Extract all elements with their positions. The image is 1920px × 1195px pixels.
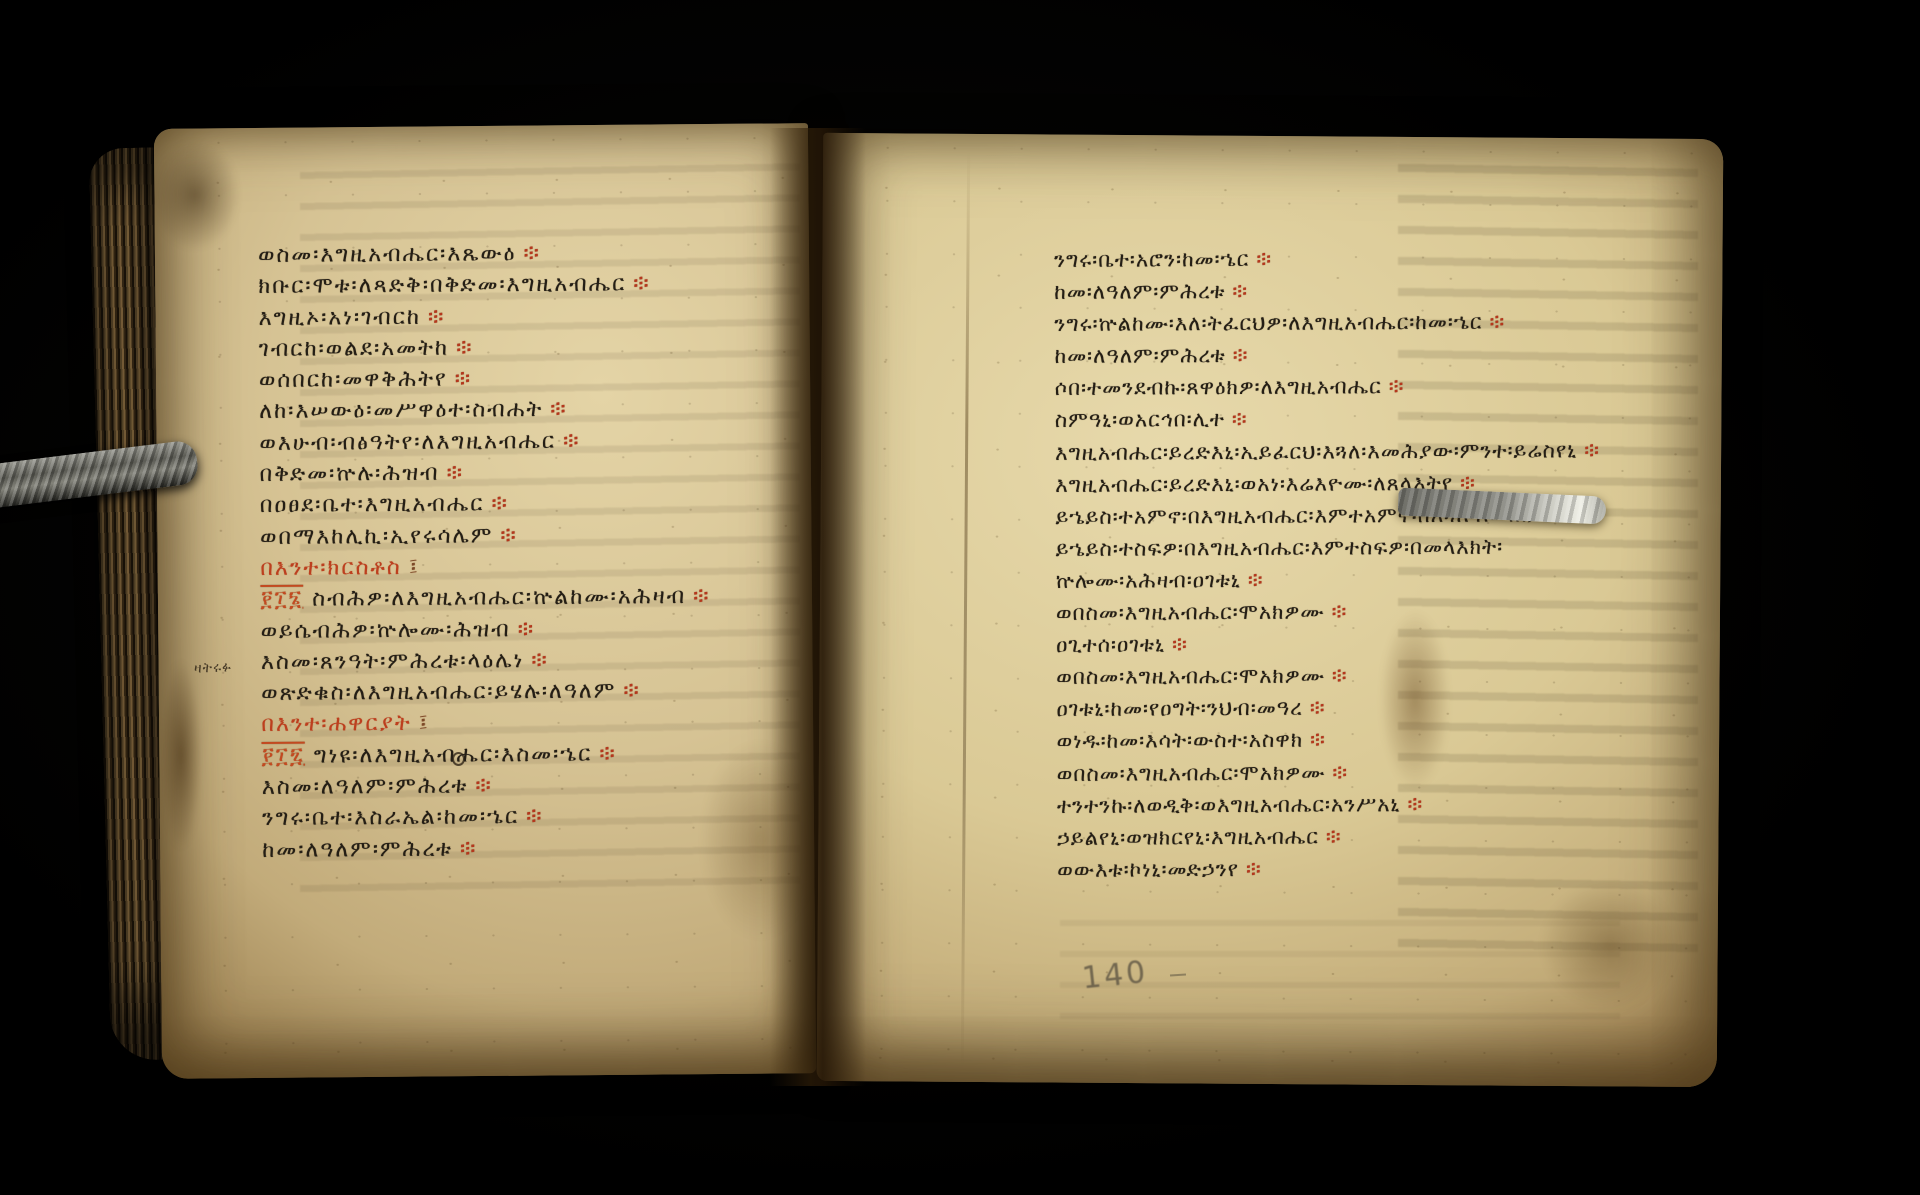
line-text: ኵሎሙ፡አሕዛብ፡ዐገቱኒ [1056, 568, 1241, 593]
line-text: ስምዓኒ፡ወአርኅበ፡ሊተ [1055, 408, 1225, 433]
text-line: ፻፲፮ስብሕዎ፡ለእግዚአብሔር፡ኵልከሙ፡አሕዛብ፨ [260, 584, 708, 618]
line-text: በእንተ፡ሐዋርያት [261, 711, 412, 737]
verse-separator-mark: ፨ [1331, 600, 1346, 624]
line-text: ለከ፡እሠውዕ፡መሥዋዕተ፡ስብሐት [259, 397, 543, 424]
stain [150, 140, 240, 250]
line-text: በእንተ፡ክርስቶስ [260, 555, 402, 581]
line-text: በዐፀደ፡ቤተ፡እግዚአብሔር [260, 492, 485, 519]
line-text: ሶበ፡ተመንደብኩ፡ጸዋዕክዎ፡ለእግዚአብሔር [1055, 375, 1382, 401]
line-text: ተንተንኩ፡ለወዲቅ፡ወእግዚአብሔር፡አንሥአኒ [1057, 792, 1401, 818]
text-line: ከመ፡ለዓለም፡ምሕረቱ፨ [262, 834, 710, 868]
verse-separator-mark: ፨ [526, 804, 542, 829]
line-text: ወይሴብሕዎ፡ኵሎሙ፡ሕዝብ [261, 617, 511, 644]
line-text: እግዚኦ፡አነ፡ገብርከ [258, 304, 421, 330]
text-line: ከመ፡ለዓለም፡ምሕረቱ፨ [1055, 341, 1599, 376]
line-text: ወበማእከሊኪ፡ኢየሩሳሌም [260, 523, 493, 550]
line-text: ወጽድቁስ፡ለእግዚአብሔር፡ይሄሉ፡ለዓለም [261, 679, 616, 706]
stain [160, 660, 202, 850]
verse-separator-mark: ፤ [409, 555, 418, 580]
text-line: ዐገቱኒ፡ከመ፡የዐግት፡ንህብ፡መዓረ፨ [1056, 694, 1600, 729]
verse-separator-mark: ፨ [456, 335, 472, 360]
verse-separator-mark: ፨ [623, 679, 639, 704]
text-line: እስመ፡ጸንዓት፡ምሕረቱ፡ላዕሌነ፨ [261, 647, 709, 681]
verse-separator-mark: ፨ [1248, 568, 1263, 592]
verse-separator-mark: ፨ [1310, 728, 1325, 752]
line-text: ወውእቱ፡ኮነኒ፡መድኃንየ [1057, 857, 1239, 882]
line-text: ንግሩ፡ቤተ፡አሮን፡ከመ፡ኄር [1054, 247, 1249, 272]
text-line: ወበስመ፡እግዚአብሔር፡ሞአክዎሙ፨ [1056, 598, 1600, 633]
text-line: ተንተንኩ፡ለወዲቅ፡ወእግዚአብሔር፡አንሥአኒ፨ [1057, 791, 1601, 826]
verse-separator-mark: ፨ [1326, 824, 1341, 848]
text-line: ለከ፡እሠውዕ፡መሥዋዕተ፡ስብሐት፨ [259, 396, 707, 430]
line-text: ዐጊተሰ፡ዐገቱኒ [1056, 633, 1165, 658]
text-line: ንግሩ፡ቤተ፡አሮን፡ከመ፡ኄር፨ [1054, 245, 1598, 280]
line-text: ወሰበርከ፡መዋቅሕትየ [259, 367, 448, 393]
verse-separator-mark: ፨ [491, 492, 507, 517]
text-line: ወበማእከሊኪ፡ኢየሩሳሌም፨ [260, 522, 708, 556]
text-line: ወስመ፡እግዚአብሔር፡እጼውዕ፨ [258, 240, 706, 274]
verse-separator-mark: ፨ [1407, 792, 1422, 816]
line-text: ወበስመ፡እግዚአብሔር፡ሞአክዎሙ [1057, 760, 1326, 785]
right-page-text: ንግሩ፡ቤተ፡አሮን፡ከመ፡ኄር፨ከመ፡ለዓለም፡ምሕረቱ፨ንግሩ፡ኵልከሙ፡እ… [1054, 245, 1601, 890]
line-text: ንግሩ፡ቤተ፡እስራኤል፡ከመ፡ኄር [262, 805, 519, 832]
photo-background: ወስመ፡እግዚአብሔር፡እጼውዕ፨ክቡር፡ሞቱ፡ለጻድቅ፡በቅድመ፡እግዚአብሔ… [0, 0, 1920, 1195]
verse-separator-mark: ፨ [428, 304, 444, 329]
verse-separator-mark: ፨ [475, 773, 491, 798]
verse-separator-mark: ፨ [1584, 438, 1599, 462]
text-line: ፻፲፯ግነዩ፡ለእግዚአብሔር፡እስመ፡ኄር፨ [261, 741, 709, 775]
text-line: ወእሁብ፡ብፅዓትየ፡ለእግዚአብሔር፨ [259, 428, 707, 462]
line-text: ክቡር፡ሞቱ፡ለጻድቅ፡በቅድመ፡እግዚአብሔር [258, 272, 626, 300]
left-page-text: ወስመ፡እግዚአብሔር፡እጼውዕ፨ክቡር፡ሞቱ፡ለጻድቅ፡በቅድመ፡እግዚአብሔ… [258, 240, 710, 869]
book-gutter-shadow [770, 128, 866, 1086]
line-text: ኃይልየኒ፡ወዝክርየኒ፡እግዚአብሔር [1057, 824, 1319, 849]
verse-separator-mark: ፨ [1172, 632, 1187, 656]
verse-separator-mark: ፨ [523, 241, 539, 266]
psalm-number: ፻፲፯ [261, 743, 304, 768]
verse-separator-mark: ፨ [455, 367, 471, 392]
line-text: ዐገቱኒ፡ከመ፡የዐግት፡ንህብ፡መዓረ [1056, 696, 1303, 721]
line-text: ገብርከ፡ወልደ፡አመትከ [259, 336, 449, 362]
text-line: ክቡር፡ሞቱ፡ለጻድቅ፡በቅድመ፡እግዚአብሔር፨ [258, 271, 706, 305]
verse-separator-mark: ፨ [500, 523, 516, 548]
verse-separator-mark: ፨ [1232, 407, 1247, 431]
line-text: እግዚአብሔር፡ይረድእኒ፡ኢይፈርህ፡እጓለ፡እመሕያው፡ምንተ፡ይሬስየኒ [1055, 438, 1577, 465]
line-text: ከመ፡ለዓለም፡ምሕረቱ [262, 836, 453, 862]
text-line: እግዚኦ፡አነ፡ገብርከ፨ [258, 302, 706, 336]
line-text: ስብሕዎ፡ለእግዚአብሔር፡ኵልከሙ፡አሕዛብ [312, 584, 686, 612]
text-line: ስምዓኒ፡ወአርኅበ፡ሊተ፨ [1055, 406, 1599, 441]
line-text: ግነዩ፡ለእግዚአብሔር፡እስመ፡ኄር [314, 741, 593, 768]
verse-separator-mark: ፨ [1332, 760, 1347, 784]
text-line: ወበስመ፡እግዚአብሔር፡ሞአክዎሙ፨ [1057, 759, 1601, 794]
text-line: ወይሴብሕዎ፡ኵሎሙ፡ሕዝብ፨ [261, 615, 709, 649]
text-line: እግዚአብሔር፡ይረድእኒ፡ኢይፈርህ፡እጓለ፡እመሕያው፡ምንተ፡ይሬስየኒ፨ [1055, 438, 1599, 473]
verse-separator-mark: ፨ [1232, 279, 1247, 303]
line-text: ወነዱ፡ከመ፡እሳት፡ውስተ፡አስዋክ [1057, 728, 1304, 753]
verse-separator-mark: ፨ [1246, 857, 1261, 881]
line-text: እስመ፡ጸንዓት፡ምሕረቱ፡ላዕሌነ [261, 648, 525, 675]
verse-separator-mark: ፨ [633, 272, 649, 297]
verse-separator-mark: ፨ [1310, 696, 1325, 720]
line-text: ከመ፡ለዓለም፡ምሕረቱ [1054, 279, 1225, 304]
text-line: እስመ፡ለዓለም፡ምሕረቱ፨ [262, 772, 710, 806]
verse-separator-mark: ፨ [1489, 310, 1504, 334]
text-line: ኃይልየኒ፡ወዝክርየኒ፡እግዚአብሔር፨ [1057, 823, 1601, 858]
verse-separator-mark: ፨ [693, 584, 709, 609]
verse-separator-mark: ፨ [1256, 247, 1271, 271]
line-text: ከመ፡ለዓለም፡ምሕረቱ [1055, 343, 1226, 368]
verse-separator-mark: ፨ [460, 836, 476, 861]
line-text: በቅድመ፡ኵሉ፡ሕዝብ [260, 461, 440, 487]
text-line: ከመ፡ለዓለም፡ምሕረቱ፨ [1054, 277, 1598, 312]
line-text: ንግሩ፡ኵልከሙ፡እለ፡ትፈርህዎ፡ለእግዚአብሔር፡ከመ፡ኄር [1054, 310, 1482, 336]
text-line: ወበስመ፡እግዚአብሔር፡ሞአክዎሙ፨ [1056, 662, 1600, 697]
text-line: በዐፀደ፡ቤተ፡እግዚአብሔር፨ [260, 490, 708, 524]
margin-note: ዛትሩፉ [194, 659, 233, 676]
verse-separator-mark: ፨ [531, 648, 547, 673]
text-line: ንግሩ፡ኵልከሙ፡እለ፡ትፈርህዎ፡ለእግዚአብሔር፡ከመ፡ኄር፨ [1054, 309, 1598, 344]
line-text: ወበስመ፡እግዚአብሔር፡ሞአክዎሙ [1056, 664, 1325, 689]
text-line: ዐጊተሰ፡ዐገቱኒ፨ [1056, 630, 1600, 665]
verse-separator-mark: ፤ [419, 711, 428, 736]
verse-separator-mark: ፨ [1389, 375, 1404, 399]
psalm-number: ፻፲፮ [260, 587, 303, 612]
line-text: እስመ፡ለዓለም፡ምሕረቱ [262, 774, 469, 800]
text-line: ሶበ፡ተመንደብኩ፡ጸዋዕክዎ፡ለእግዚአብሔር፨ [1055, 374, 1599, 409]
text-line: ወጽድቁስ፡ለእግዚአብሔር፡ይሄሉ፡ለዓለም፨ [261, 678, 709, 712]
rubric-line: በእንተ፡ሐዋርያት፤ [261, 709, 709, 743]
verse-separator-mark: ፨ [1332, 664, 1347, 688]
line-text: ወበስመ፡እግዚአብሔር፡ሞአክዎሙ [1056, 600, 1325, 625]
text-line: ወውእቱ፡ኮነኒ፡መድኃንየ፨ [1057, 855, 1601, 890]
line-text: እግዚአብሔር፡ይረድእኒ፡ወአነ፡እሬእዮሙ፡ለጸላእትየ [1055, 471, 1453, 497]
rubric-line: በእንተ፡ክርስቶስ፤ [260, 553, 708, 587]
text-line: በቅድመ፡ኵሉ፡ሕዝብ፨ [260, 459, 708, 493]
verse-separator-mark: ፨ [563, 429, 579, 454]
folio-number-pencil: 140 [1080, 955, 1150, 997]
text-line: ንግሩ፡ቤተ፡እስራኤል፡ከመ፡ኄር፨ [262, 803, 710, 837]
verse-separator-mark: ፨ [1233, 343, 1248, 367]
text-line: ይኄይስ፡ተስፍዎ፡በእግዚአብሔር፡እምተስፍዎ፡በመላእክት፡ [1056, 534, 1600, 569]
text-line: ገብርከ፡ወልደ፡አመትከ፨ [259, 334, 707, 368]
line-text: ይኄይስ፡ተስፍዎ፡በእግዚአብሔር፡እምተስፍዎ፡በመላእክት፡ [1056, 534, 1504, 560]
verse-separator-mark: ፨ [446, 461, 462, 486]
stain [1540, 880, 1680, 1010]
verse-separator-mark: ፨ [599, 741, 615, 766]
line-text: ወእሁብ፡ብፅዓትየ፡ለእግዚአብሔር [259, 429, 556, 456]
text-line: ወነዱ፡ከመ፡እሳት፡ውስተ፡አስዋክ፨ [1057, 727, 1601, 762]
verse-separator-mark: ፨ [518, 617, 534, 642]
verse-separator-mark: ፨ [550, 397, 566, 422]
text-line: ኵሎሙ፡አሕዛብ፡ዐገቱኒ፨ [1056, 566, 1600, 601]
text-line: ወሰበርከ፡መዋቅሕትየ፨ [259, 365, 707, 399]
line-text: ወስመ፡እግዚአብሔር፡እጼውዕ [258, 241, 517, 268]
